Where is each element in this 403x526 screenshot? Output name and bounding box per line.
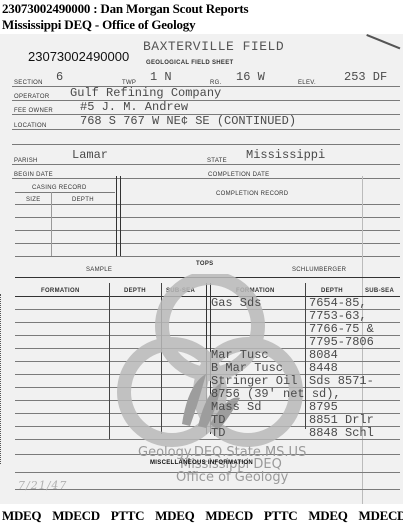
sample-subsea-header: SUB-SEA bbox=[166, 288, 195, 294]
left-edge-perforation bbox=[0, 294, 3, 464]
rg-value: 16 W bbox=[236, 71, 265, 83]
tops-depth-cell: 8848 Schl bbox=[309, 427, 374, 439]
tops-depth-cell: 8795 bbox=[309, 401, 338, 413]
tops-formation-cell: 8756 (39' net sd), bbox=[211, 388, 341, 400]
sample-label: SAMPLE bbox=[86, 267, 112, 273]
schl-depth-header: DEPTH bbox=[321, 288, 343, 294]
tops-label: TOPS bbox=[196, 261, 213, 267]
completion-record-label: COMPLETION RECORD bbox=[216, 191, 288, 197]
tops-depth-cell: Sds 8571- bbox=[309, 375, 374, 387]
casing-depth-label: DEPTH bbox=[72, 197, 94, 203]
operator-value: Gulf Refining Company bbox=[70, 87, 221, 99]
twp-value: 1 N bbox=[150, 71, 172, 83]
schl-formation-header: FORMATION bbox=[236, 288, 275, 294]
footer-agency-strip: MDEQ MDECD PTTC MDEQ MDECD PTTC MDEQ MDE… bbox=[2, 508, 403, 524]
report-subtitle: Mississippi DEQ - Office of Geology bbox=[2, 17, 195, 33]
tops-depth-cell: 7753-63, bbox=[309, 310, 367, 322]
tops-formation-cell: Gas Sds bbox=[211, 297, 261, 309]
api-number: 23073002490000 bbox=[28, 49, 129, 64]
elev-value: 253 DF bbox=[344, 71, 387, 83]
tops-depth-cell: 8084 bbox=[309, 349, 338, 361]
tops-formation-cell: Mar Tusc bbox=[211, 349, 269, 361]
tops-formation-cell: Stringer Oil bbox=[211, 375, 297, 387]
tops-formation-cell: Mass Sd bbox=[211, 401, 261, 413]
report-title: 23073002490000 : Dan Morgan Scout Report… bbox=[2, 1, 248, 17]
sample-formation-header: FORMATION bbox=[41, 288, 80, 294]
casing-size-label: SIZE bbox=[26, 197, 41, 203]
field-name: BAXTERVILLE FIELD bbox=[143, 39, 284, 54]
tops-depth-cell: 7654-85, bbox=[309, 297, 367, 309]
tops-depth-cell: 8448 bbox=[309, 362, 338, 374]
schl-subsea-header: SUB-SEA bbox=[365, 288, 394, 294]
geological-field-sheet: 23073002490000 BAXTERVILLE FIELD GEOLOGI… bbox=[0, 34, 403, 504]
state-value: Mississippi bbox=[246, 149, 325, 161]
tops-depth-cell: 8851 Drlr bbox=[309, 414, 374, 426]
watermark-office: Office of Geology bbox=[176, 470, 288, 485]
tops-formation-cell: TD bbox=[211, 427, 225, 439]
fee-owner-value: #5 J. M. Andrew bbox=[80, 101, 188, 113]
sheet-title: GEOLOGICAL FIELD SHEET bbox=[146, 60, 234, 66]
tops-depth-cell: 7766-75 & bbox=[309, 323, 374, 335]
tops-formation-cell: B Mar Tusc bbox=[211, 362, 283, 374]
location-value: 768 S 767 W NE¢ SE (CONTINUED) bbox=[80, 115, 296, 127]
section-value: 6 bbox=[56, 71, 63, 83]
misc-info-label: MISCELLANEOUS INFORMATION bbox=[150, 460, 253, 466]
sample-depth-header: DEPTH bbox=[124, 288, 146, 294]
handwritten-date: 7/21/47 bbox=[18, 479, 67, 492]
casing-record-label: CASING RECORD bbox=[32, 185, 87, 191]
schlumberger-label: SCHLUMBERGER bbox=[292, 267, 346, 273]
page-curl-decoration bbox=[361, 34, 400, 62]
parish-value: Lamar bbox=[72, 149, 108, 161]
tops-formation-cell: TD bbox=[211, 414, 225, 426]
tops-depth-cell: 7795-7806 bbox=[309, 336, 374, 348]
